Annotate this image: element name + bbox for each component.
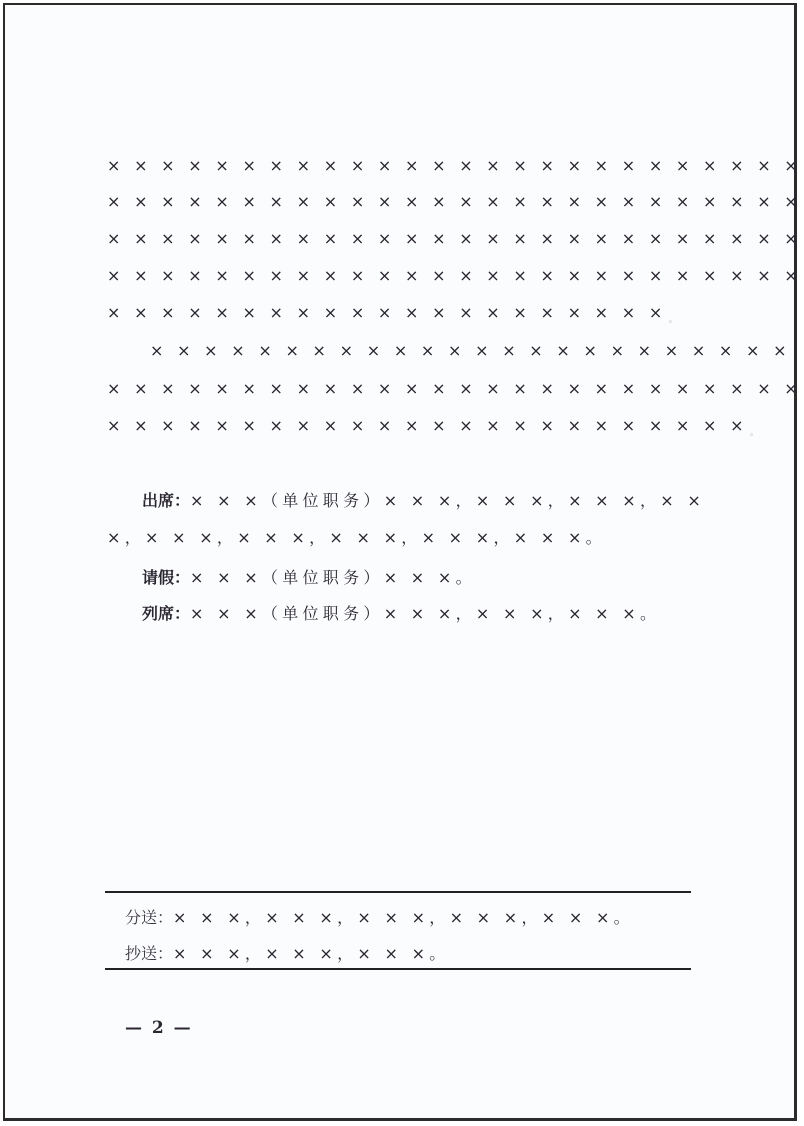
paragraph1-line-1: × × × × × × × × × × × × × × × × × × × × …: [107, 154, 802, 178]
leave-label: 请假：: [142, 568, 190, 587]
paragraph1-line-5-text: × × × × × × × × × × × × × × × × × × × × …: [107, 303, 667, 322]
paragraph1-end-mark: 。: [669, 315, 678, 325]
attendance-present-line-2: ×，× × ×，× × ×，× × ×，× × ×，× × ×。: [107, 526, 606, 550]
send-to-line: 分送：× × ×，× × ×，× × ×，× × ×，× × ×。: [125, 906, 634, 930]
paragraph2-line-2: × × × × × × × × × × × × × × × × × × × × …: [107, 377, 802, 401]
send-to-label: 分送：: [125, 908, 173, 927]
copy-to-line: 抄送：× × ×，× × ×，× × ×。: [125, 942, 450, 966]
observers-text: × × ×（单位职务）× × ×，× × ×，× × ×。: [190, 604, 660, 623]
copy-to-text: × × ×，× × ×，× × ×。: [173, 944, 450, 963]
paragraph1-line-3: × × × × × × × × × × × × × × × × × × × × …: [107, 227, 802, 251]
observers-label: 列席：: [142, 604, 190, 623]
attendance-leave-line: 请假：× × ×（单位职务）× × ×。: [142, 566, 476, 590]
paragraph1-line-5: × × × × × × × × × × × × × × × × × × × × …: [107, 301, 678, 325]
distribution-bottom-rule: [105, 968, 691, 970]
present-text-1: × × ×（单位职务）× × ×，× × ×，× × ×，× ×: [190, 491, 705, 510]
attendance-present-line-1: 出席：× × ×（单位职务）× × ×，× × ×，× × ×，× ×: [142, 489, 705, 513]
distribution-top-rule: [105, 891, 691, 893]
send-to-text: × × ×，× × ×，× × ×，× × ×，× × ×。: [173, 908, 634, 927]
copy-to-label: 抄送：: [125, 944, 173, 963]
paragraph2-end-mark: 。: [750, 428, 759, 438]
attendance-observers-line: 列席：× × ×（单位职务）× × ×，× × ×，× × ×。: [142, 602, 660, 626]
paragraph2-line-1: × × × × × × × × × × × × × × × × × × × × …: [150, 339, 791, 363]
paragraph2-line-3: × × × × × × × × × × × × × × × × × × × × …: [107, 414, 759, 438]
paragraph1-line-4: × × × × × × × × × × × × × × × × × × × × …: [107, 264, 802, 288]
leave-text: × × ×（单位职务）× × ×。: [190, 568, 476, 587]
page-number: — 2 —: [125, 1018, 193, 1038]
paragraph2-line-3-text: × × × × × × × × × × × × × × × × × × × × …: [107, 416, 748, 435]
present-label: 出席：: [142, 491, 190, 510]
document-page: × × × × × × × × × × × × × × × × × × × × …: [3, 3, 797, 1121]
paragraph1-line-2: × × × × × × × × × × × × × × × × × × × × …: [107, 190, 802, 214]
